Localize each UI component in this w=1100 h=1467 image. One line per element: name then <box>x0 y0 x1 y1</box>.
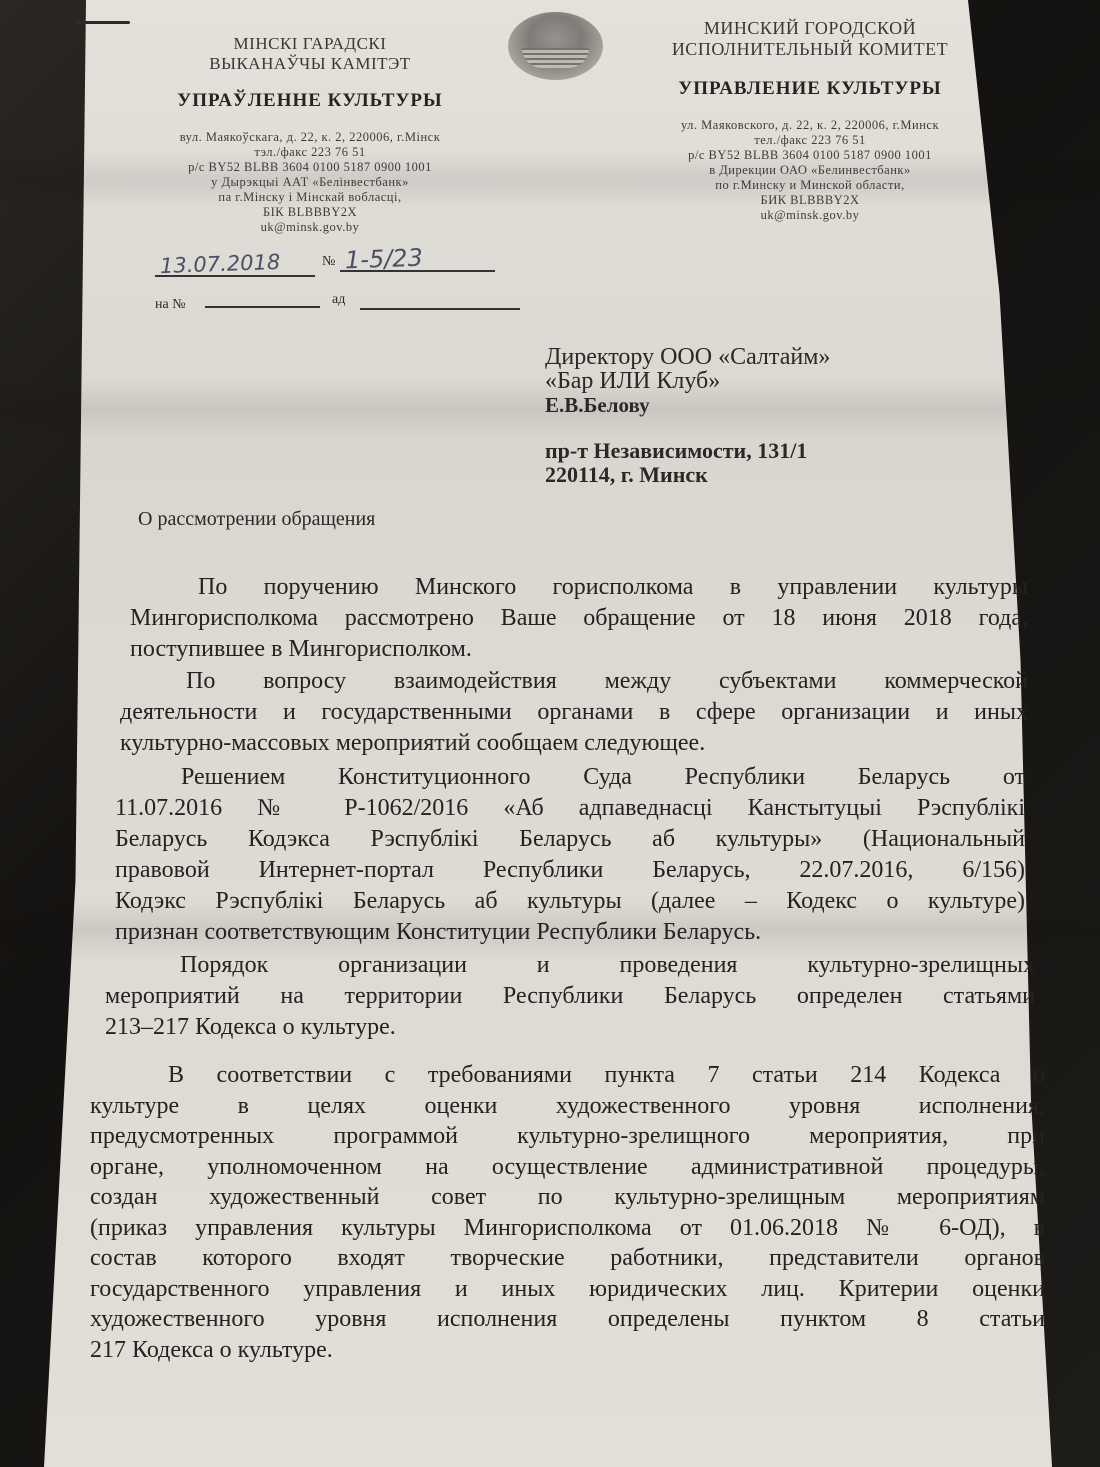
text-line: художественного уровня исполнения опреде… <box>90 1304 1045 1335</box>
paragraph-2: По вопросу взаимодействия между субъекта… <box>120 666 1028 759</box>
text-line: Беларусь Кодэкса Рэспублікі Беларусь аб … <box>115 824 1025 855</box>
recipient-address: 220114, г. Минск <box>545 463 830 487</box>
text-line: признан соответствующим Конституции Респ… <box>115 917 1025 948</box>
text-line: Кодэкс Рэспублікі Беларусь аб культуры (… <box>115 886 1025 917</box>
requisite-line: па г.Мінску і Мінскай вобласці, <box>150 190 470 205</box>
text-line: предусмотренных программой культурно-зре… <box>90 1121 1045 1152</box>
paragraph-1: По поручению Минского горисполкома в упр… <box>130 572 1028 665</box>
recipient-line: Директору ООО «Салтайм» <box>545 345 830 369</box>
org-name-line2: ИСПОЛНИТЕЛЬНЫЙ КОМИТЕТ <box>640 39 980 60</box>
department-name: УПРАВЛЕНИЕ КУЛЬТУРЫ <box>640 78 980 100</box>
text-line: создан художественный совет по культурно… <box>90 1182 1045 1213</box>
requisite-line: в Дирекции ОАО «Белинвестбанк» <box>640 163 980 178</box>
requisite-line: р/с BY52 BLBB 3604 0100 5187 0900 1001 <box>150 160 470 175</box>
paragraph-4: Порядок организации и проведения культур… <box>105 950 1035 1043</box>
requisites-block: ул. Маяковского, д. 22, к. 2, 220006, г.… <box>640 118 980 223</box>
paragraph-3: Решением Конституционного Суда Республик… <box>115 762 1025 948</box>
text-line: мероприятий на территории Республики Бел… <box>105 981 1035 1012</box>
text-line: 217 Кодекса о культуре. <box>90 1335 1045 1366</box>
requisites-block: вул. Маякоўскага, д. 22, к. 2, 220006, г… <box>150 130 470 235</box>
requisite-line: ул. Маяковского, д. 22, к. 2, 220006, г.… <box>640 118 980 133</box>
text-line: правовой Интернет-портал Республики Бела… <box>115 855 1025 886</box>
text-line: 213–217 Кодекса о культуре. <box>105 1012 1035 1043</box>
text-line: Мингорисполкома рассмотрено Ваше обращен… <box>130 603 1028 634</box>
requisite-line: тэл./факс 223 76 51 <box>150 145 470 160</box>
date-underline <box>155 275 315 277</box>
reply-from-underline <box>360 308 520 310</box>
reply-to-label: на № <box>155 297 186 313</box>
requisite-line: uk@minsk.gov.by <box>640 208 980 223</box>
requisite-line: у Дырэкцыі ААТ «Белінвестбанк» <box>150 175 470 190</box>
recipient-line: «Бар ИЛИ Клуб» <box>545 369 830 393</box>
requisite-line: uk@minsk.gov.by <box>150 220 470 235</box>
text-line: государственного управления и иных юриди… <box>90 1274 1045 1305</box>
recipient-address: пр-т Независимости, 131/1 <box>545 439 830 463</box>
text-line: В соответствии с требованиями пункта 7 с… <box>90 1060 1045 1091</box>
paragraph-5: В соответствии с требованиями пункта 7 с… <box>90 1060 1045 1365</box>
org-name-line2: ВЫКАНАЎЧЫ КАМІТЭТ <box>150 54 470 74</box>
recipient-block: Директору ООО «Салтайм» «Бар ИЛИ Клуб» Е… <box>545 345 830 487</box>
requisite-line: БИК BLBBBY2X <box>640 193 980 208</box>
text-line: 11.07.2016 № Р-1062/2016 «Аб адпаведнасц… <box>115 793 1025 824</box>
department-name: УПРАЎЛЕННЕ КУЛЬТУРЫ <box>150 90 470 112</box>
text-line: состав которого входят творческие работн… <box>90 1243 1045 1274</box>
recipient-name: Е.В.Белову <box>545 393 830 417</box>
letter-subject: О рассмотрении обращения <box>138 508 375 531</box>
requisite-line: вул. Маякоўскага, д. 22, к. 2, 220006, г… <box>150 130 470 145</box>
reply-to-underline <box>205 306 320 308</box>
coat-of-arms-emblem-icon <box>508 12 603 80</box>
text-line: органе, уполномоченном на осуществление … <box>90 1152 1045 1183</box>
requisite-line: БІК BLBBBY2X <box>150 205 470 220</box>
org-name-line1: МИНСКИЙ ГОРОДСКОЙ <box>640 18 980 39</box>
text-line: Решением Конституционного Суда Республик… <box>115 762 1025 793</box>
text-line: По вопросу взаимодействия между субъекта… <box>120 666 1028 697</box>
text-line: Порядок организации и проведения культур… <box>105 950 1035 981</box>
letterhead-left: МІНСКІ ГАРАДСКІ ВЫКАНАЎЧЫ КАМІТЭТ УПРАЎЛ… <box>150 34 470 235</box>
number-label: № <box>322 254 335 270</box>
reply-from-label: ад <box>332 292 345 308</box>
corner-mark <box>75 21 130 24</box>
text-line: поступившее в Мингорисполком. <box>130 634 1028 665</box>
number-underline <box>340 270 495 272</box>
requisite-line: тел./факс 223 76 51 <box>640 133 980 148</box>
text-line: По поручению Минского горисполкома в упр… <box>130 572 1028 603</box>
letterhead-right: МИНСКИЙ ГОРОДСКОЙ ИСПОЛНИТЕЛЬНЫЙ КОМИТЕТ… <box>640 18 980 223</box>
text-line: культуре в целях оценки художественного … <box>90 1091 1045 1122</box>
requisite-line: по г.Минску и Минской области, <box>640 178 980 193</box>
text-line: (приказ управления культуры Мингорисполк… <box>90 1213 1045 1244</box>
text-line: культурно-массовых мероприятий сообщаем … <box>120 728 1028 759</box>
text-line: деятельности и государственными органами… <box>120 697 1028 728</box>
requisite-line: р/с BY52 BLBB 3604 0100 5187 0900 1001 <box>640 148 980 163</box>
handwritten-date: 13.07.2018 <box>160 250 281 278</box>
org-name-line1: МІНСКІ ГАРАДСКІ <box>150 34 470 54</box>
